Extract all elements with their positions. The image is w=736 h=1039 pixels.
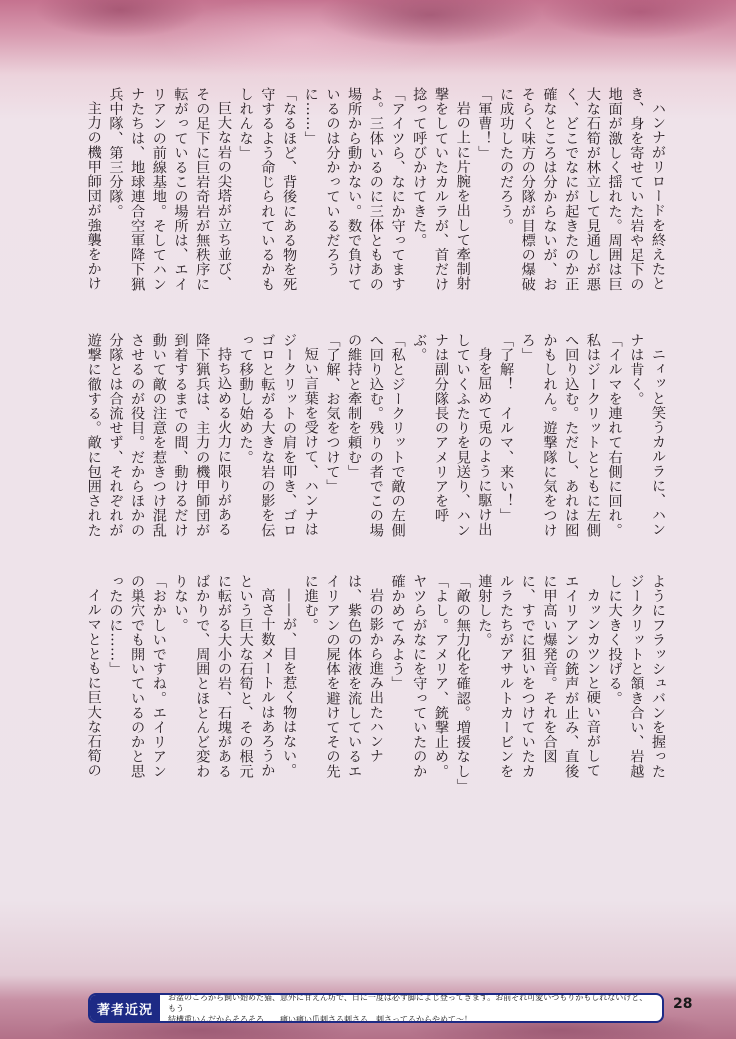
- text-band-top: ハンナがリロードを終えたとき、身を寄せていた岩や足下の地面が激しく揺れた。周囲は…: [88, 87, 668, 299]
- text-band-bottom: ようにフラッシュバンを握ったジークリットと頷き合い、岩越しに大きく投げる。カッン…: [88, 574, 668, 786]
- paragraph: 「よし。アメリア、銃撃止め。ヤツらがなにを守っていたのか確かめてみよう」: [386, 574, 451, 786]
- paragraph: 「了解！ イルマ、来い！」: [494, 333, 516, 545]
- paragraph: 「軍曹！」: [473, 87, 495, 299]
- paragraph: 岩の影から進み出たハンナは、紫色の体液を流しているエイリアンの屍体を避けてその先…: [299, 574, 386, 786]
- paragraph: ニィッと笑うカルラに、ハンナは肯く。: [625, 333, 668, 545]
- page-number: 28: [673, 996, 692, 1012]
- paragraph: 岩の上に片腕を出して牽制射撃をしていたカルラが、首だけ捻って呼びかけてきた。: [408, 87, 473, 299]
- paragraph: 「私とジークリットで敵の左側へ回り込む。残りの者でこの場の維持と牽制を頼む」: [342, 333, 407, 545]
- paragraph: 高さ十数メートルはあろうかという巨大な石筍と、その根元に転がる大小の岩、石塊があ…: [169, 574, 278, 786]
- paragraph: 持ち込める火力に限りがある降下猟兵は、主力の機甲師団が到着するまでの間、動けるだ…: [88, 333, 234, 545]
- author-notes-label: 著者近況: [90, 995, 160, 1021]
- paragraph: ——が、目を惹く物はない。: [277, 574, 299, 786]
- paragraph: 身を屈めて兎のように駆け出していくふたりを見送り、ハンナは副分隊長のアメリアを呼…: [408, 333, 495, 545]
- author-notes-line-1: お盆のころから飼い始めた猫、意外に甘えん坊で、日に一度は必ず脚によじ登ってきます…: [168, 993, 654, 1014]
- paragraph: 「おかしいですね。エイリアンの巣穴でも開いているのかと思ったのに……」: [104, 574, 169, 786]
- paragraph: イルマとともに巨大な石筍の根元をぐるりと一周してきたカルラが、残念そうに呟く。ナ…: [88, 574, 104, 786]
- paragraph: 巨大な岩の尖塔が立ち並び、その足下に巨岩奇岩が無秩序に転がっているこの場所は、エ…: [104, 87, 234, 299]
- paragraph: 「敵の無力化を確認。増援なし」: [451, 574, 473, 786]
- text-band-middle: ニィッと笑うカルラに、ハンナは肯く。「イルマを連れて右側に回れ。私はジークリット…: [88, 333, 668, 545]
- paragraph: 「イルマを連れて右側に回れ。私はジークリットとともに左側へ回り込む。ただし、あれ…: [516, 333, 625, 545]
- author-notes-line-2: 結構重いんだからそろそろ……痛い痛い爪刺さる刺さる、刺さってるからやめて〜！: [168, 1014, 654, 1024]
- paragraph: 「了解、お気をつけて」: [321, 333, 343, 545]
- author-notes-text: お盆のころから飼い始めた猫、意外に甘えん坊で、日に一度は必ず脚によじ登ってきます…: [160, 995, 662, 1021]
- paragraph: 「なるほど、背後にある物を死守するよう命じられているかもしれんな」: [234, 87, 299, 299]
- author-notes-box: 著者近況 お盆のころから飼い始めた猫、意外に甘えん坊で、日に一度は必ず脚によじ登…: [88, 993, 664, 1023]
- paragraph: ようにフラッシュバンを握ったジークリットと頷き合い、岩越しに大きく投げる。: [603, 574, 668, 786]
- paragraph: 「アイツら、なにか守ってますよ。三体いるのに三体ともあの場所から動かない。数で負…: [299, 87, 408, 299]
- paragraph: ハンナがリロードを終えたとき、身を寄せていた岩や足下の地面が激しく揺れた。周囲は…: [494, 87, 668, 299]
- paragraph: 短い言葉を受けて、ハンナはジークリットの肩を叩き、ゴロゴロと転がる大きな岩の影を…: [234, 333, 321, 545]
- paragraph: カッンカツンと硬い音がしてエイリアンの銃声が止み、直後に甲高い爆発音。それを合図…: [473, 574, 603, 786]
- paragraph: 主力の機甲師団が強襲をかける前に敵の対応能力を減じるため、衛星軌道からの超高々度…: [88, 87, 104, 299]
